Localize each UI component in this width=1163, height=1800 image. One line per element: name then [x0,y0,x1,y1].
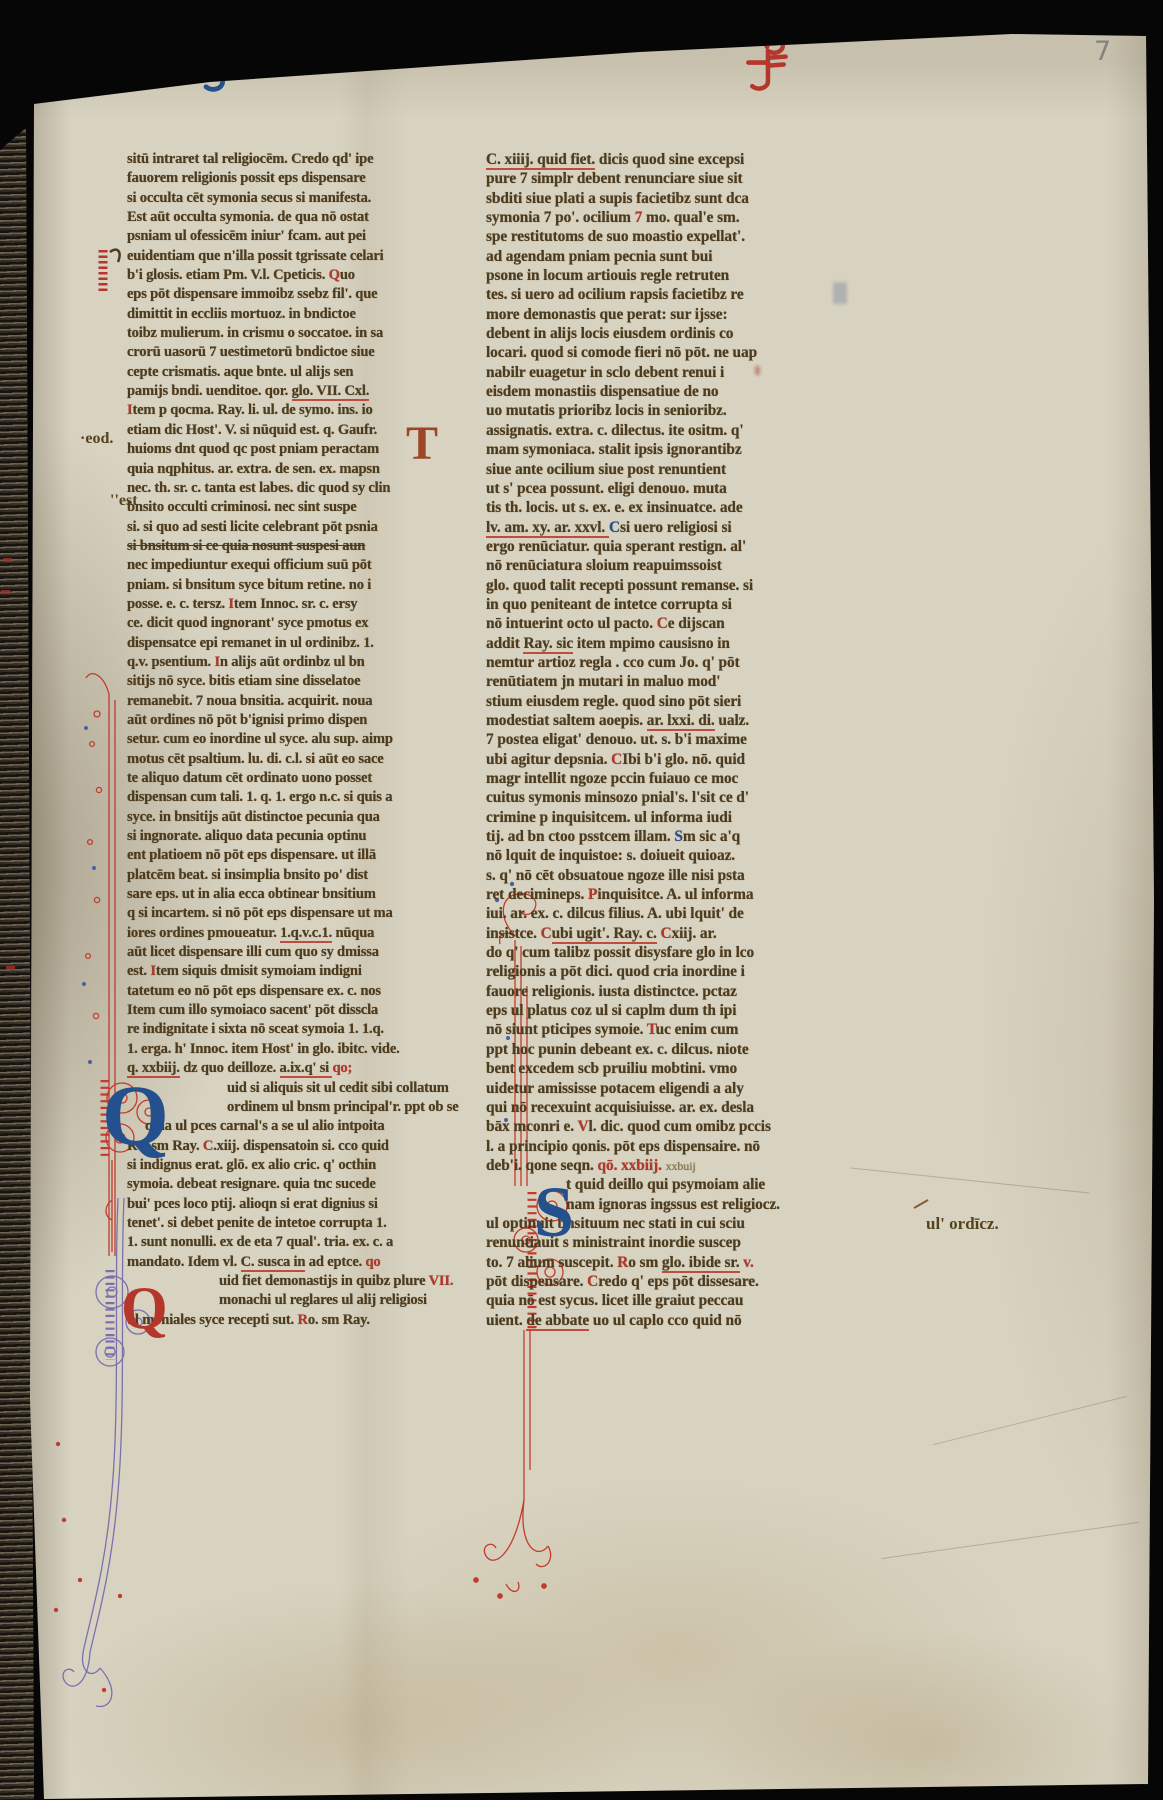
crease-line [881,1522,1139,1559]
text-line: re indignitate i sixta nō sceat symoia 1… [127,1020,443,1039]
text-line: euidentiam que n'illa possit tgrissate c… [127,247,443,266]
text-line: cuitus symonis minsozo pnial's. l'sit ce… [486,788,838,807]
text-line: cepte crismatis. aque bnte. ul alijs sen [127,363,443,382]
text-line: symoia. debeat resignare. quia tnc suced… [127,1175,443,1194]
text-line: l. a principio qonis. pōt eps dispensair… [486,1137,838,1156]
text-line: dispensan cum tali. 1. q. 1. ergo n.c. s… [127,788,443,807]
text-line: Est aūt occulta symonia. de qua nō ostat [127,208,443,227]
filigree-purple-red-dots [54,1442,122,1692]
text-line: uid si aliquis sit ul cedit sibi collatu… [127,1079,443,1098]
paraph-blue-icon [202,38,241,89]
text-line: eps ul platus coz ul si caplm dum th ipi [486,1001,838,1020]
text-line: more demonastis que perat: sur ijsse: [486,305,838,324]
text-line: psniam ul ofessicēm iniur' fcam. aut pei [127,227,443,246]
text-line: nec. th. sr. c. tanta est labes. dic quo… [127,479,443,498]
text-line: ppt hoc punin debeant ex. c. dilcus. nio… [486,1040,838,1059]
text-line: tis th. locis. ut s. ex. e. ex insinuatc… [486,498,838,517]
text-line: fauorem religionis possit eps dispensare [127,169,443,188]
text-line: psone in locum artiouis regle retruten [486,266,838,285]
text-line: quia nqphitus. ar. extra. de sen. ex. ma… [127,460,443,479]
text-line: eisdem monastiis dispensatiue de no [486,382,838,401]
manuscript-photo: De. Tymo. 7 [0,0,1163,1800]
text-line: est. Item siquis dmisit symoiam indigni [127,962,443,981]
text-line: magr intellit ngoze pccin fuiauo ce moc [486,769,838,788]
text-line: nō lquit de inquistoe: s. doiueit quioaz… [486,846,838,865]
text-line: fauore religionis. iusta distinctce. pct… [486,982,838,1001]
text-line: Item p qocma. Ray. li. ul. de symo. ins.… [127,401,443,420]
text-line: b'i glosis. etiam Pm. V.l. Cpeticis. Quo [127,266,443,285]
text-line: ent platioem nō pōt eps dispensare. ut i… [127,846,443,865]
text-line: monachi ul reglares ul alij religiosi [127,1291,443,1310]
text-line: insistce. Cubi ugit'. Ray. c. Cxiij. ar. [486,924,838,943]
text-line: dispensatce epi remanet in ul ordinibz. … [127,634,443,653]
text-line: huioms dnt quod qc post pniam peractam [127,440,443,459]
text-line: modestiat saltem aoepis. ar. lxxi. di. u… [486,711,838,730]
text-line: sitijs nō syce. bitis etiam sine dissela… [127,672,443,691]
text-line: to. 7 alium suscepit. Ro sm glo. ibide s… [486,1253,838,1272]
text-line: pure 7 simplr debent renunciare siue sit [486,169,838,188]
text-line: nec impediuntur exequi officium suū pōt [127,556,443,575]
text-line: debent in alijs locis eiusdem ordinis co [486,324,838,343]
text-line: posse. e. c. tersz. Item Innoc. sr. c. e… [127,595,443,614]
text-line: uid fiet demonastijs in quibz plure VII. [127,1272,443,1291]
text-line: eps pōt dispensare immoibz ssebz fil'. q… [127,285,443,304]
text-line: si ingnorate. aliquo data pecunia optinu [127,827,443,846]
text-line: quia ul pces carnal's a se ul alio intpo… [127,1117,443,1136]
text-line: pamijs bndi. uenditoe. qor. glo. VII. Cx… [127,382,443,401]
text-line: q. xxbiij. dz quo deilloze. a.ix.q' si q… [127,1059,443,1078]
text-line: crorū uasorū 7 uestimetorū bndictoe siue [127,343,443,362]
crease-line [933,1396,1127,1445]
text-line: si bnsitum si ce quia nosunt suspesi aun [127,537,443,556]
text-line: C. xiiij. quid fiet. dicis quod sine exc… [486,150,838,169]
text-line: nabilr euagetur in sclo debent renui i [486,363,838,382]
text-line: etiam dic Host'. V. si nūquid est. q. Ga… [127,421,443,440]
text-line: sbditi siue plati a supis facietibz sunt… [486,189,838,208]
text-line: ubi agitur depsnia. CIbi b'i glo. nō. qu… [486,750,838,769]
text-line: sare eps. ut in alia ecca obtinear bnsit… [127,885,443,904]
text-line: aūt ordines nō pōt b'ignisi primo dispen [127,711,443,730]
text-line: q si incartem. si nō pōt eps dispensare … [127,904,443,923]
text-line: religionis a pōt dici. quod cria inordin… [486,962,838,981]
text-column-right: C. xiiij. quid fiet. dicis quod sine exc… [486,150,838,1330]
crease-line [851,1167,1090,1193]
text-line: qui nō recexuint acquisiuisse. ar. ex. d… [486,1098,838,1117]
text-line: 7 postea eligat' denouo. ut. s. b'i maxi… [486,730,838,749]
red-speck [6,966,15,970]
text-line: tatetum eo nō pōt eps dispensare ex. c. … [127,982,443,1001]
text-line: renūtiatem jn mutari in maluo mod' [486,672,838,691]
red-speck [1,590,10,594]
parchment-page: De. Tymo. 7 [0,0,1163,1800]
text-line: symonia 7 po'. ocilium 7 mo. qual'e sm. [486,208,838,227]
red-speck [3,558,12,562]
text-line: syce. in bnsitijs aūt distinctoe pecunia… [127,808,443,827]
text-line: 1. sunt nonulli. ex de eta 7 qual'. tria… [127,1233,443,1252]
text-line: tenet'. si debet penite de intetoe corru… [127,1214,443,1233]
text-line: setur. cum eo inordine ul syce. alu sup.… [127,730,443,749]
text-line: iui. ar. ex. c. dilcus filius. A. ubi lq… [486,904,838,923]
text-line: te aliquo datum cēt ordinato uono posset [127,769,443,788]
text-line: Ro. sm Ray. C.xiij. dispensatoin si. cco… [127,1137,443,1156]
text-line: in quo peniteant de intetce corrupta si [486,595,838,614]
text-line: nō renūciatura sloium reapuimssoist [486,556,838,575]
text-line: remanebit. 7 noua bnsitia. acquirit. nou… [127,692,443,711]
text-line: s. q' nō cēt obsuatoue ngoze ille nisi p… [486,866,838,885]
text-line: ce. dicit quod ingnorant' syce pmotus ex [127,614,443,633]
initial-T-red: T [406,420,438,468]
text-line: do q' cum talibz possit disysfare glo in… [486,943,838,962]
text-line: ad agendam pniam pecnia sunt bui [486,247,838,266]
text-line: lv. am. xy. ar. xxvl. Csi uero religiosi… [486,518,838,537]
marginal-note-right: ul' ordīcz. [926,1214,999,1234]
text-line: sitū intraret tal religiocēm. Credo qd' … [127,150,443,169]
text-line: tij. ad bn ctoo psstcem illam. Sm sic a'… [486,827,838,846]
folio-number: 7 [1094,36,1111,67]
text-line: ut s' pcea possunt. eligi denouo. muta [486,479,838,498]
text-line: stium eiusdem regle. quod sino pōt sieri [486,692,838,711]
text-line: si indignus erat. glō. ex alio cric. q' … [127,1156,443,1175]
text-line: bent excedem scb pruiliu mobtini. vmo [486,1059,838,1078]
text-line: uo mutatis prioribz locis in senioribz. [486,401,838,420]
running-title: De. Tymo. [211,5,324,36]
illuminated-initial-Q-blue: Q [102,1072,169,1158]
marginal-note-eod: ·eod. [80,430,113,448]
filigree-left-blue-dots [82,726,96,1064]
text-line: uient. de abbate uo ul caplo cco quid nō [486,1311,838,1330]
text-line: bāx mconri e. Vl. dic. quod cum omibz pc… [486,1117,838,1136]
text-line: tes. si uero ad ocilium rapsis facietibz… [486,285,838,304]
text-line: quia nō est sycus. licet ille graiut pec… [486,1291,838,1310]
text-line: ret decimineps. Pinquisitce. A. ul infor… [486,885,838,904]
text-line: bnsito occulti criminosi. nec sint suspe [127,498,443,517]
text-line: platcēm beat. si insimplia bnsito po' di… [127,866,443,885]
text-line: toibz mulierum. in crismu o soccatoe. in… [127,324,443,343]
paraph-red-icon [748,40,785,88]
text-line: crimine p inquisitcem. ul informa iudi [486,808,838,827]
text-line: assignatis. extra. c. dilectus. ite osit… [486,421,838,440]
text-line: 1. erga. h' Innoc. item Host' in glo. ib… [127,1040,443,1059]
text-line: si. si quo ad sesti licite celebrant pōt… [127,518,443,537]
text-line: Item cum illo symoiaco sacent' pōt dissc… [127,1001,443,1020]
text-line: nemtur artioz regla . cco cum Jo. q' pōt [486,653,838,672]
text-line: pniam. si bnsitum syce bitum retine. no … [127,576,443,595]
text-line: siue ante ocilium siue post renuntient [486,460,838,479]
text-line: nō siunt pticipes symoie. Tuc enim cum [486,1020,838,1039]
text-line: uidetur amississe potacem eligendi a aly [486,1079,838,1098]
text-line: aūt licet dispensare illi cum quo sy dmi… [127,943,443,962]
text-line: pōt dispensare. Credo q' eps pōt dissesa… [486,1272,838,1291]
text-line: ordinem ul bnsm principal'r. ppt ob se [127,1098,443,1117]
facing-folio-edge [0,128,34,1800]
text-line: mandato. Idem vl. C. susca in ad eptce. … [127,1253,443,1272]
illuminated-initial-S-blue: S [534,1176,574,1248]
text-line: iores ordines pmoueatur. 1.q.v.c.1. nūqu… [127,924,443,943]
text-line: q.v. psentium. In alijs aūt ordinbz ul b… [127,653,443,672]
text-line: locari. quod si comode fieri nō pōt. ne … [486,343,838,362]
text-line: ergo renūciatur. quia sperant restign. a… [486,537,838,556]
text-line: si occulta cēt symonia secus si manifest… [127,189,443,208]
ladder-mark-red [103,250,120,292]
text-line: addit Ray. sic item mpimo causisno in [486,634,838,653]
text-line: glo. quod talit recepti possunt remanse.… [486,576,838,595]
text-column-left: sitū intraret tal religiocēm. Credo qd' … [127,150,443,1330]
text-line: nō intuerint octo ul pacto. Ce dijscan [486,614,838,633]
illuminated-initial-Q-red: Q [121,1278,168,1338]
text-line: ul moniales syce recepti sut. Ro. sm Ray… [127,1311,443,1330]
text-line: spe restitutoms de suo moastio expellat'… [486,227,838,246]
text-line: motus cēt psaltium. lu. di. c.l. si aūt … [127,750,443,769]
text-line: mam symoniaca. stalit ipsis ignorantibz [486,440,838,459]
text-line: dimittit in eccliis mortuoz. in bndictoe [127,305,443,324]
text-line: bui' pces loco ptij. alioqn si erat dign… [127,1195,443,1214]
caret-tick [914,1200,928,1208]
